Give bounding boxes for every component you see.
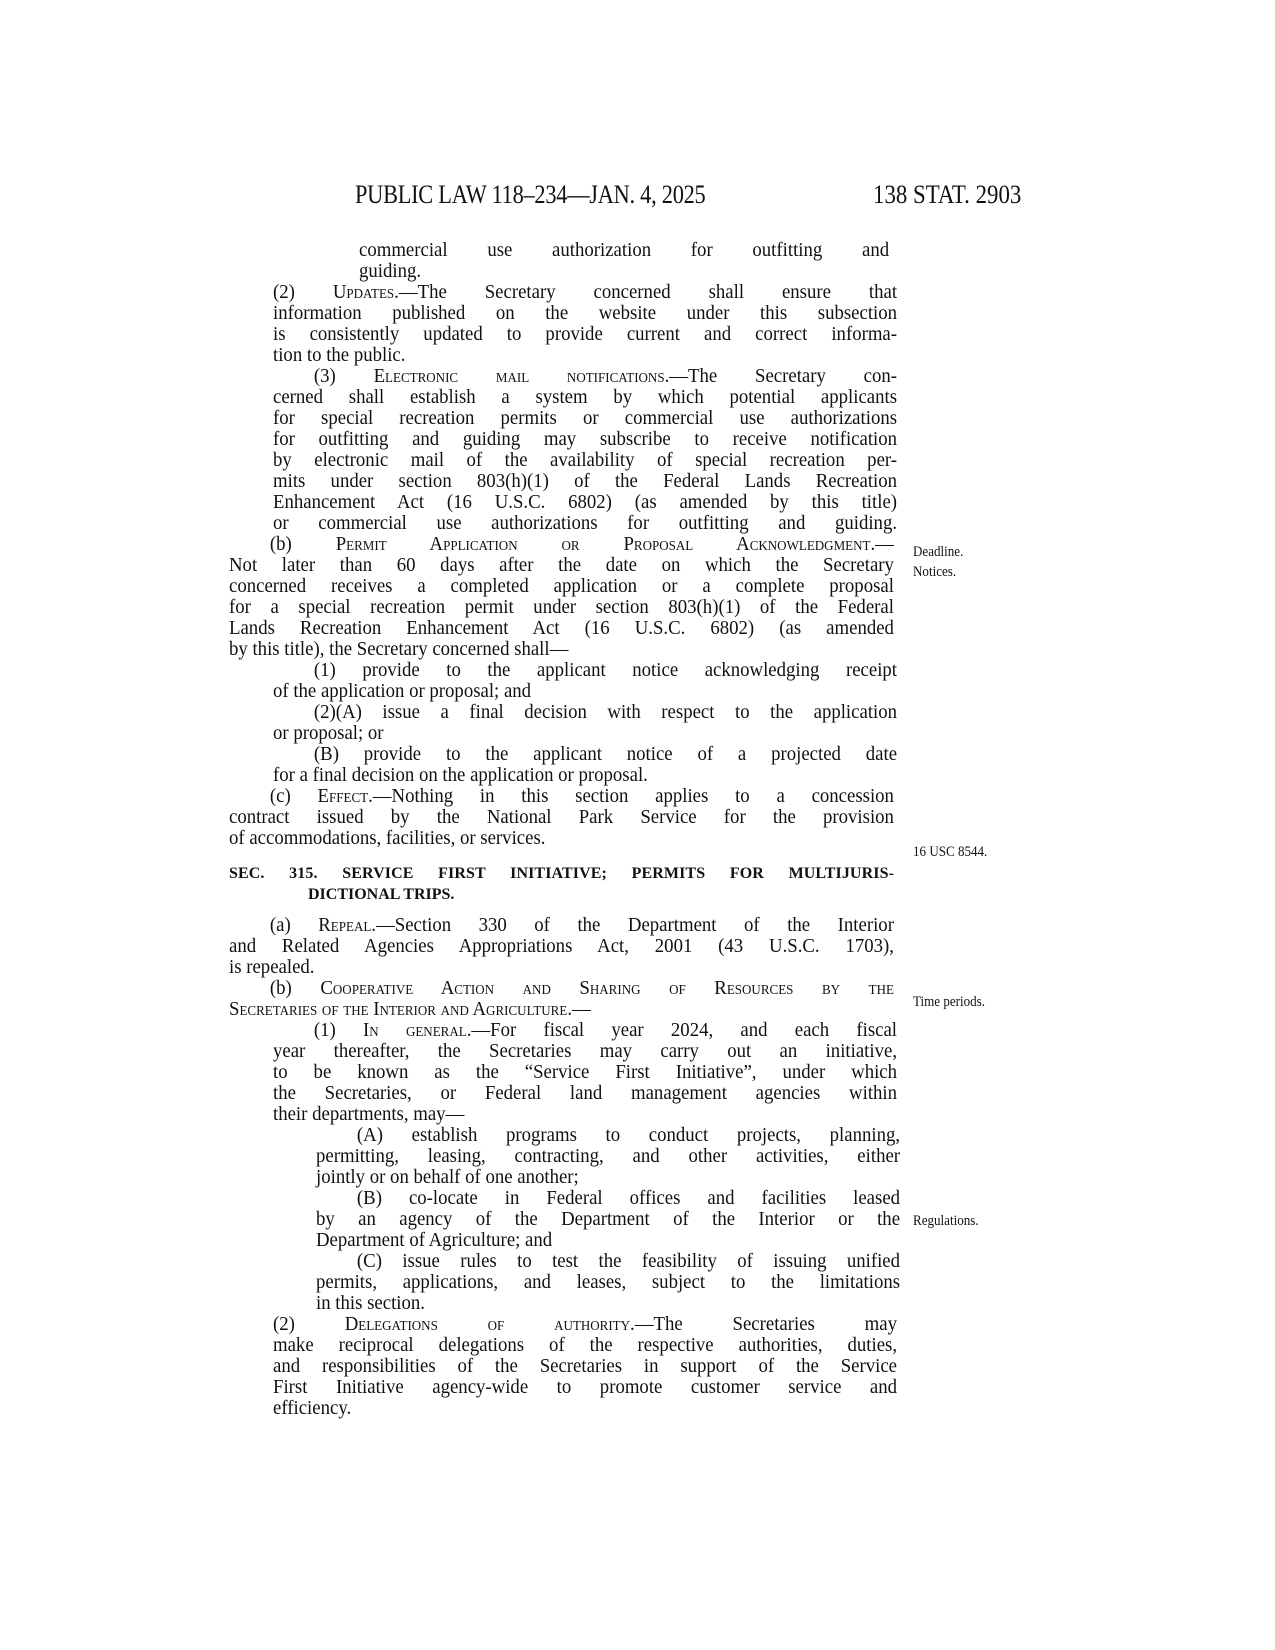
section-heading-315: SEC. 315. SERVICE FIRST INITIATIVE; PERM…: [229, 863, 894, 905]
text-line: to be known as the “Service First Initia…: [273, 1062, 897, 1083]
text-line: and responsibilities of the Secretaries …: [273, 1356, 897, 1377]
paragraph-a2-updates: (2) Updates.—The Secretary concerned sha…: [273, 282, 897, 303]
text-line: make reciprocal delegations of the respe…: [273, 1335, 897, 1356]
text-line: the Secretaries, or Federal land managem…: [273, 1083, 897, 1104]
margin-note-notices: Notices.: [913, 563, 956, 581]
subsection-b-cooperative-action: (b) Cooperative Action and Sharing of Re…: [229, 978, 894, 999]
margin-note-time-periods: Time periods.: [913, 993, 985, 1011]
document-page: PUBLIC LAW 118–234—JAN. 4, 2025 138 STAT…: [0, 0, 1275, 1650]
text-line: Department of Agriculture; and: [316, 1230, 981, 1251]
subsection-b-acknowledgment: (b) Permit Application or Proposal Ackno…: [229, 534, 894, 555]
heading-effect: Effect.: [318, 785, 373, 807]
text-line: is consistently updated to provide curre…: [273, 324, 897, 345]
heading-permit-acknowledgment: Permit Application or Proposal Acknowled…: [336, 533, 875, 555]
margin-note-deadline: Deadline.: [913, 543, 963, 561]
page-header: PUBLIC LAW 118–234—JAN. 4, 2025 138 STAT…: [0, 180, 1275, 220]
text-line: year thereafter, the Secretaries may car…: [273, 1041, 897, 1062]
text-line: for a special recreation permit under se…: [229, 597, 894, 618]
text-line: of accommodations, facilities, or servic…: [229, 828, 894, 849]
text-line: by an agency of the Department of the In…: [316, 1209, 900, 1230]
text-line: mits under section 803(h)(1) of the Fede…: [273, 471, 897, 492]
subsection-c-effect: (c) Effect.—Nothing in this section appl…: [229, 786, 894, 807]
text-line: or proposal; or: [273, 723, 938, 744]
text-line: and Related Agencies Appropriations Act,…: [229, 936, 894, 957]
text-line: or commercial use authorizations for out…: [273, 513, 897, 534]
paragraph-b1-in-general: (1) In general.—For fiscal year 2024, an…: [273, 1020, 897, 1041]
text-line: jointly or on behalf of one another;: [316, 1167, 981, 1188]
text-line: contract issued by the National Park Ser…: [229, 807, 894, 828]
text-line: (2)(A) issue a final decision with respe…: [273, 702, 897, 723]
text-line: (B) co-locate in Federal offices and fac…: [316, 1188, 900, 1209]
text-line: efficiency.: [273, 1398, 938, 1419]
subsection-a-repeal: (a) Repeal.—Section 330 of the Departmen…: [229, 915, 894, 936]
margin-note-usc: 16 USC 8544.: [913, 843, 987, 861]
text-line: (B) provide to the applicant notice of a…: [273, 744, 897, 765]
heading-electronic-mail: Electronic mail notifications.: [374, 365, 670, 387]
text-line: information published on the website und…: [273, 303, 897, 324]
text-line: Lands Recreation Enhancement Act (16 U.S…: [229, 618, 894, 639]
text-line: (A) establish programs to conduct projec…: [316, 1125, 900, 1146]
document-body: commercial use authorization for outfitt…: [229, 240, 894, 1419]
text-line: (1) provide to the applicant notice ackn…: [273, 660, 897, 681]
text-line: Enhancement Act (16 U.S.C. 6802) (as ame…: [273, 492, 897, 513]
paragraph-a3-email: (3) Electronic mail notifications.—The S…: [273, 366, 897, 387]
paragraph-b2-delegations: (2) Delegations of authority.—The Secret…: [273, 1314, 897, 1335]
text-line: in this section.: [316, 1293, 981, 1314]
heading-updates: Updates.: [333, 281, 399, 303]
text-line: First Initiative agency-wide to promote …: [273, 1377, 897, 1398]
heading-line: Secretaries of the Interior and Agricult…: [229, 999, 894, 1020]
text-line: permits, applications, and leases, subje…: [316, 1272, 900, 1293]
margin-note-regulations: Regulations.: [913, 1212, 979, 1230]
text-line: cerned shall establish a system by which…: [273, 387, 897, 408]
text-line: permitting, leasing, contracting, and ot…: [316, 1146, 900, 1167]
statute-page-ref: 138 STAT. 2903: [873, 180, 1021, 210]
text-line: commercial use authorization for outfitt…: [359, 240, 889, 261]
text-line: tion to the public.: [273, 345, 938, 366]
text-line: is repealed.: [229, 957, 894, 978]
text-line: Not later than 60 days after the date on…: [229, 555, 894, 576]
running-head-title: PUBLIC LAW 118–234—JAN. 4, 2025: [355, 180, 705, 210]
text-line: for outfitting and guiding may subscribe…: [273, 429, 897, 450]
heading-in-general: In general.: [363, 1019, 471, 1041]
text-line: concerned receives a completed applicati…: [229, 576, 894, 597]
text-line: by this title), the Secretary concerned …: [229, 639, 894, 660]
heading-delegations: Delegations of authority.: [345, 1313, 635, 1335]
text-line: (C) issue rules to test the feasibility …: [316, 1251, 900, 1272]
text-line: for a final decision on the application …: [273, 765, 938, 786]
text-line: of the application or proposal; and: [273, 681, 938, 702]
text-line: their departments, may—: [273, 1104, 938, 1125]
text-line: by electronic mail of the availability o…: [273, 450, 897, 471]
heading-repeal: Repeal.: [318, 914, 376, 936]
text-line: guiding.: [359, 261, 1024, 282]
heading-cooperative-action: Cooperative Action and Sharing of Resour…: [320, 977, 894, 999]
text-line: for special recreation permits or commer…: [273, 408, 897, 429]
